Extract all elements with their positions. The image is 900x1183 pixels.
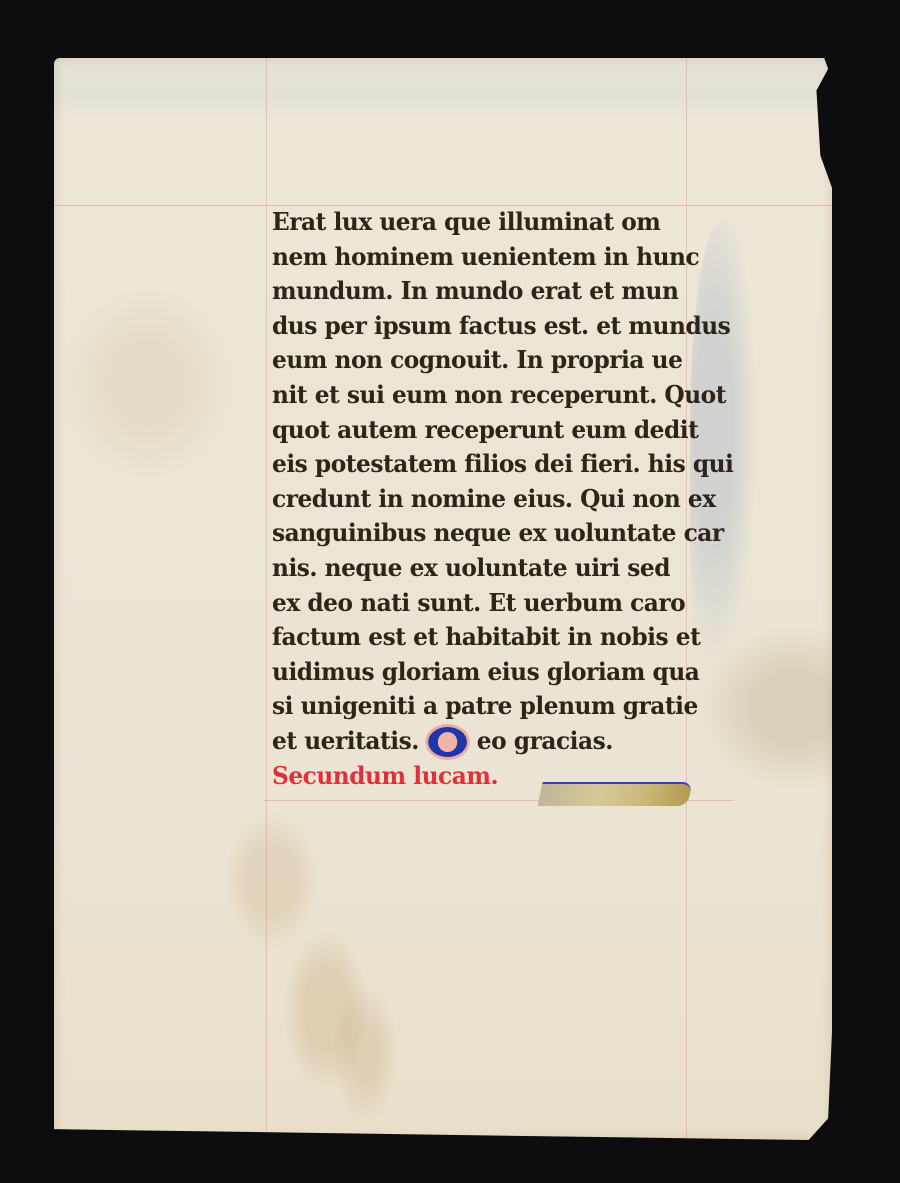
text-line: credunt in nomine eius. Qui non ex xyxy=(272,482,699,517)
text-line: eis potestatem filios dei fieri. his qui xyxy=(272,447,699,482)
text-line: mundum. In mundo erat et mun xyxy=(272,274,699,309)
text-line: quot autem receperunt eum dedit xyxy=(272,413,699,448)
text-line: sanguinibus neque ex uoluntate car xyxy=(272,516,699,551)
text-line: uidimus gloriam eius gloriam qua xyxy=(272,655,699,690)
text-line: eum non cognouit. In propria ue xyxy=(272,343,699,378)
text-line: nit et sui eum non receperunt. Quot xyxy=(272,378,699,413)
text-line: dus per ipsum factus est. et mundus xyxy=(272,309,699,344)
text-line: si unigeniti a patre plenum gratie xyxy=(272,689,699,724)
gold-line-filler xyxy=(537,782,692,806)
manuscript-text: Erat lux uera que illuminat om nem homin… xyxy=(272,205,712,793)
text-line: nem hominem uenientem in hunc xyxy=(272,240,699,275)
text-line: nis. neque ex uoluntate uiri sed xyxy=(272,551,699,586)
text-line: factum est et habitabit in nobis et xyxy=(272,620,699,655)
text-line: ex deo nati sunt. Et uerbum caro xyxy=(272,586,699,621)
illuminated-initial-icon xyxy=(428,727,467,757)
text-line: et ueritatis. eo gracias. xyxy=(272,724,699,759)
text-line: Erat lux uera que illuminat om xyxy=(272,205,699,240)
ruling-line xyxy=(266,58,267,1140)
